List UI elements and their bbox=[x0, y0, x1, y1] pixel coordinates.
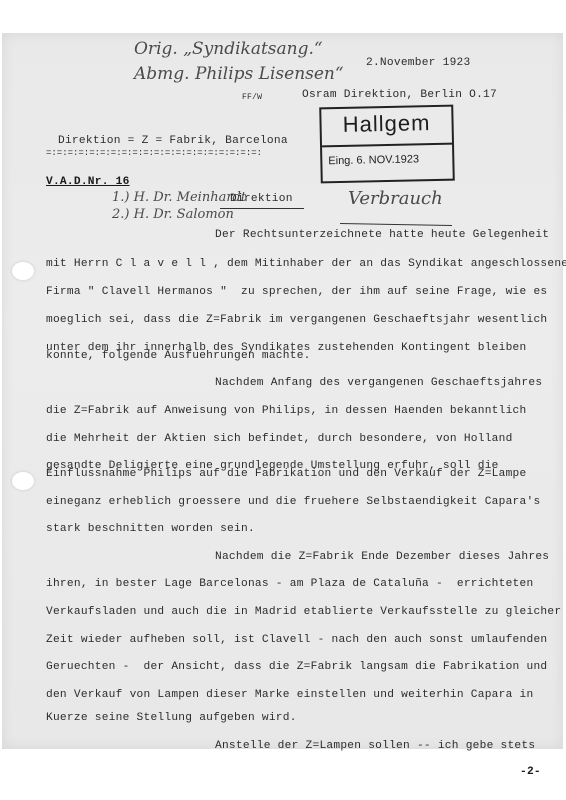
body-line: Verkaufsladen und auch die in Madrid eta… bbox=[46, 606, 561, 618]
stamp-divider bbox=[322, 143, 452, 148]
typist-initials: FF/W bbox=[242, 93, 262, 102]
body-line: stark beschnitten worden sein. bbox=[46, 523, 255, 535]
sender-line: Osram Direktion, Berlin O.17 bbox=[302, 89, 497, 101]
received-stamp: Hallgem Eing. 6. NOV.1923 bbox=[319, 105, 455, 184]
body-line: Geruechten - der Ansicht, dass die Z=Fab… bbox=[46, 661, 547, 673]
routing-direktion-label: Direktion bbox=[230, 193, 293, 205]
punch-hole-bottom bbox=[12, 472, 34, 490]
punch-hole-top bbox=[12, 262, 34, 280]
routing-item-1: 1.) H. Dr. Meinhardt bbox=[112, 190, 246, 205]
handwritten-note-line-1: Orig. „Syndikatsang.“ bbox=[134, 39, 323, 59]
body-line: mit Herrn C l a v e l l , dem Mitinhaber… bbox=[46, 258, 566, 270]
direktion-underline bbox=[220, 208, 304, 209]
body-line: den Verkauf von Lampen dieser Marke eins… bbox=[46, 689, 533, 701]
body-line: Einflussnahme Philips auf die Fabrikatio… bbox=[46, 468, 527, 480]
handwritten-note-line-2: Abmg. Philips Lisensen“ bbox=[134, 64, 344, 84]
recipient-line: Direktion = Z = Fabrik, Barcelona bbox=[58, 135, 288, 147]
page-marker: -2- bbox=[520, 766, 541, 778]
stamp-received-date: Eing. 6. NOV.1923 bbox=[328, 153, 419, 167]
body-line: ihren, in bester Lage Barcelonas - am Pl… bbox=[46, 578, 533, 590]
body-line: Anstelle der Z=Lampen sollen -- ich gebe… bbox=[215, 740, 535, 752]
letter-date: 2.November 1923 bbox=[366, 57, 470, 69]
body-line: konnte, folgende Ausfuehrungen machte. bbox=[46, 350, 311, 362]
body-line: die Z=Fabrik auf Anweisung von Philips, … bbox=[46, 405, 527, 417]
body-line: Kuerze seine Stellung aufgeben wird. bbox=[46, 712, 297, 724]
signature: Verbrauch bbox=[348, 188, 443, 209]
body-line: Nachdem die Z=Fabrik Ende Dezember diese… bbox=[215, 551, 549, 563]
reference-number: V.A.D.Nr. 16 bbox=[46, 176, 130, 188]
body-line: Zeit wieder aufheben soll, ist Clavell -… bbox=[46, 634, 547, 646]
recipient-underline-rule: =:=:=:=:=:=:=:=:=:=:=:=:=:=:=:=:=:=:=:=: bbox=[46, 148, 262, 158]
body-line: Der Rechtsunterzeichnete hatte heute Gel… bbox=[215, 229, 549, 241]
body-line: eineganz erheblich groessere und die fru… bbox=[46, 496, 540, 508]
stamp-name: Hallgem bbox=[321, 110, 452, 139]
body-line: Firma " Clavell Hermanos " zu sprechen, … bbox=[46, 286, 547, 298]
body-line: die Mehrheit der Aktien sich befindet, d… bbox=[46, 433, 513, 445]
routing-item-2: 2.) H. Dr. Salomon bbox=[112, 207, 234, 222]
body-line: Nachdem Anfang des vergangenen Geschaeft… bbox=[215, 377, 542, 389]
body-line: moeglich sei, dass die Z=Fabrik im verga… bbox=[46, 314, 547, 326]
